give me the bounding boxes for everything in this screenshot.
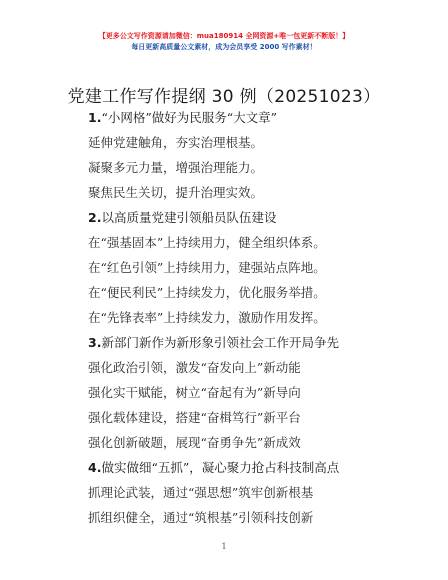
outline-item: 延伸党建触角，夯实治理根基。 [88,133,408,158]
outline-item: 抓组织健全，通过“筑根基”引领科技创新 [88,508,408,533]
outline-item: 凝聚多元力量，增强治理能力。 [88,158,408,183]
promo-header-line-2: 每日更新高质量公文素材，成为会员享受 2000 写作素材！ [0,42,448,52]
outline-item: 聚焦民生关切，提升治理实效。 [88,183,408,208]
outline-item: 在“红色引领”上持续用力，建强站点阵地。 [88,258,408,283]
outline-item: 抓理论武装，通过“强思想”筑牢创新根基 [88,483,408,508]
section-heading-3: 3.新部门新作为新形象引领社会工作开局争先 [88,333,408,358]
outline-item: 在“先锋表率”上持续发力，激励作用发挥。 [88,308,408,333]
document-title: 党建工作写作提纲 30 例（20251023） [0,82,448,107]
outline-item: 强化实干赋能，树立“奋起有为”新导向 [88,383,408,408]
page-number: 1 [0,542,448,551]
outline-item: 强化创新破题，展现“奋勇争先”新成效 [88,433,408,458]
section-heading-1: 1.“小网格”做好为民服务“大文章” [88,108,408,133]
section-heading-2: 2.以高质量党建引领船员队伍建设 [88,208,408,233]
section-heading-4: 4.做实做细“五抓”，凝心聚力抢占科技制高点 [88,458,408,483]
document-page: 【更多公文写作资源请加微信：mua180914 全网资源+唯一包更新不断版！】 … [0,0,448,580]
outline-item: 在“强基固本”上持续用力，健全组织体系。 [88,233,408,258]
outline-item: 强化政治引领，激发“奋发向上”新动能 [88,358,408,383]
outline-item: 在“便民利民”上持续发力，优化服务举措。 [88,283,408,308]
promo-header-line-1: 【更多公文写作资源请加微信：mua180914 全网资源+唯一包更新不断版！】 [0,31,448,41]
outline-item: 强化载体建设，搭建“奋楫笃行”新平台 [88,408,408,433]
document-body: 1.“小网格”做好为民服务“大文章” 延伸党建触角，夯实治理根基。 凝聚多元力量… [88,108,408,533]
